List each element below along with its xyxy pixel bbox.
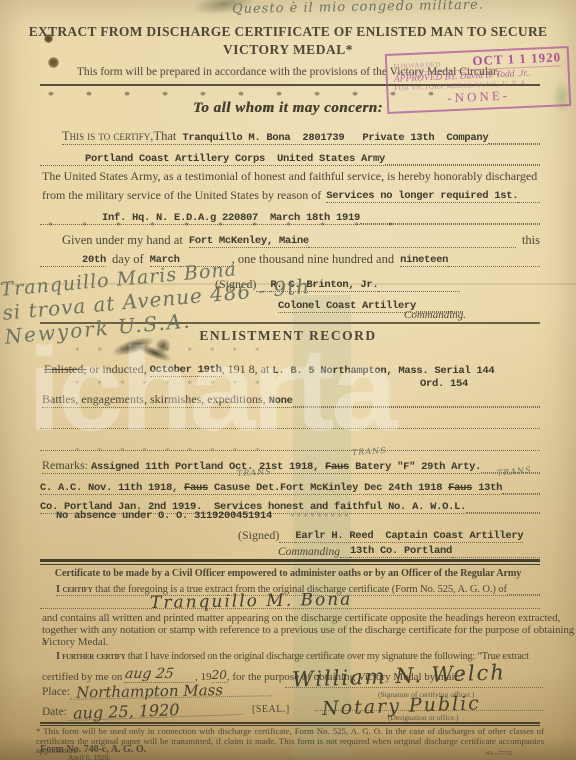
civil-certify-sc: I certify (56, 584, 93, 595)
further-certify-sc: I further certify (56, 651, 125, 662)
remarks-row-1: Remarks: Assigned 11th Portland Oct. 21s… (42, 458, 540, 474)
dot-separator-1: * * * * * * * * * (75, 346, 505, 356)
certify-typed-org: Portland Coast Artillery Corps United St… (85, 153, 385, 165)
enlisted-row: Enlisted, or inducted, October 19th , 19… (44, 362, 540, 377)
commanding1-label: Commanding. (404, 309, 466, 321)
date-label: Date: (42, 706, 67, 718)
civil-para-1: and contains all written and printed mat… (42, 612, 560, 624)
remarks-r2b: Casuse Det.Fort McKinley Dec 24th 1918 (208, 482, 448, 494)
stamp-forwarded-text: FORWARDED (393, 61, 441, 71)
remarks-row-2: C. A.C. Nov. 11th 1918, Faus Casuse Det.… (40, 477, 540, 495)
dot-separator-2: * * * * * * * * * (75, 379, 505, 389)
dot-separator-3: * * * * * * * * * (75, 446, 505, 456)
heavy-rule (40, 559, 540, 565)
commanding2-typed: 13th Co. Portland (350, 545, 452, 558)
signed2-label: (Signed) (238, 528, 279, 543)
certify-label: This is to certify, (62, 129, 153, 144)
given-day-typed: 20th (82, 254, 106, 267)
remarks-row-4: No absence under G. O. 3119200451914 (56, 510, 272, 522)
handwritten-place: Northampton Mass (70, 680, 272, 700)
further-certify-rest: that I have indorsed on the original dis… (125, 651, 528, 662)
remarks-r2a: C. A.C. Nov. 11th 1918, (40, 482, 184, 494)
certify-that: That (153, 129, 176, 144)
certify-line-2: Portland Coast Artillery Corps United St… (40, 148, 540, 166)
place-row: Place: Northampton Mass (42, 682, 272, 698)
form-date: April 6, 1920. (68, 753, 110, 760)
enlisted-place-typed: L. B. 5 Northampton, Mass. Serial 144 (272, 365, 494, 377)
given-dayof: day of (106, 252, 150, 267)
asterisk-separator-2: * * * * * * * * * * * (48, 221, 538, 232)
battles-row: Battles, engagements, skirmishes, expedi… (42, 392, 540, 408)
battles-label: Battles, engagements, skirmishes, expedi… (42, 392, 269, 407)
blank-line-1 (40, 414, 540, 429)
handwritten-note-top: Questo è il mio congedo militare. (232, 0, 572, 17)
given-this: this (516, 233, 540, 248)
given-label: Given under my hand at (62, 233, 183, 248)
civil-para-3: Victory Medal. (42, 636, 109, 648)
print-code: #3—7732 (486, 750, 512, 757)
seal-label: [SEAL.] (252, 704, 290, 715)
designation-handwritten: Notary Public (322, 690, 543, 720)
enlisted-mid: , 191 8, at (222, 362, 273, 377)
remarks-r1a: Assigned 11th Portland Oct. 21st 1918, (91, 461, 325, 473)
remarks-r2c: 13th (472, 482, 502, 494)
handwritten-date-2: aug 25, 1920 (67, 698, 243, 721)
discharge-reason-label: from the military service of the United … (42, 188, 321, 203)
certify-typed-name: Tranquillo M. Bona 2801739 Private 13th … (182, 132, 488, 144)
given-line-1: Given under my hand at Fort McKenley, Ma… (62, 233, 540, 248)
remarks-strike-3: Faus (448, 482, 472, 494)
discharge-reason-typed: Services no longer required 1st. (326, 190, 518, 203)
certify-line-1: This is to certify,That Tranquillo M. Bo… (62, 129, 540, 145)
remarks-strike-1: Faus (325, 461, 349, 473)
dot-separator-4: * * * * * * * * * (290, 512, 540, 522)
page-title: EXTRACT FROM DISCHARGE CERTIFICATE OF EN… (0, 24, 576, 40)
commanding2-row: Commanding 13th Co. Portland (278, 545, 540, 558)
handwritten-name: Tranquillo M. Bona (150, 589, 390, 613)
signed2-row: (Signed) Earlr H. Reed Captain Coast Art… (238, 528, 540, 543)
civil-para-2: together with any notation or stamp with… (42, 624, 576, 648)
place-label: Place: (42, 686, 70, 698)
signed2-typed: Earlr H. Reed Captain Coast Artillery (295, 530, 523, 543)
discharge-certificate-scan: icharta Questo è il mio congedo militare… (0, 0, 576, 760)
remarks-r1b: Batery "F" 29th Arty. (349, 461, 481, 473)
civil-heading: Certificate to be made by a Civil Office… (0, 568, 576, 579)
date-row: Date: aug 25, 1920 (42, 701, 242, 718)
battles-typed: None (269, 395, 293, 407)
enlisted-date-typed: October 19th (150, 364, 222, 377)
remarks-strike-2: Faus (184, 482, 208, 494)
handwritten-date-1: aug 25 (124, 666, 196, 683)
remarks-label: Remarks: (42, 458, 91, 473)
discharge-line-1: The United States Army, as a testimonial… (42, 169, 537, 184)
given-year-typed: nineteen (400, 254, 448, 267)
commanding2-label: Commanding (278, 546, 340, 558)
enlisted-rest: or inducted, (86, 362, 149, 377)
given-place-typed: Fort McKenley, Maine (189, 235, 309, 248)
enlisted-struck: Enlisted, (44, 362, 86, 377)
approval-stamp: FORWARDED OCT 1 1 1920 APPROVED BY. Davi… (385, 46, 571, 114)
discharge-line-2: from the military service of the United … (42, 188, 540, 203)
